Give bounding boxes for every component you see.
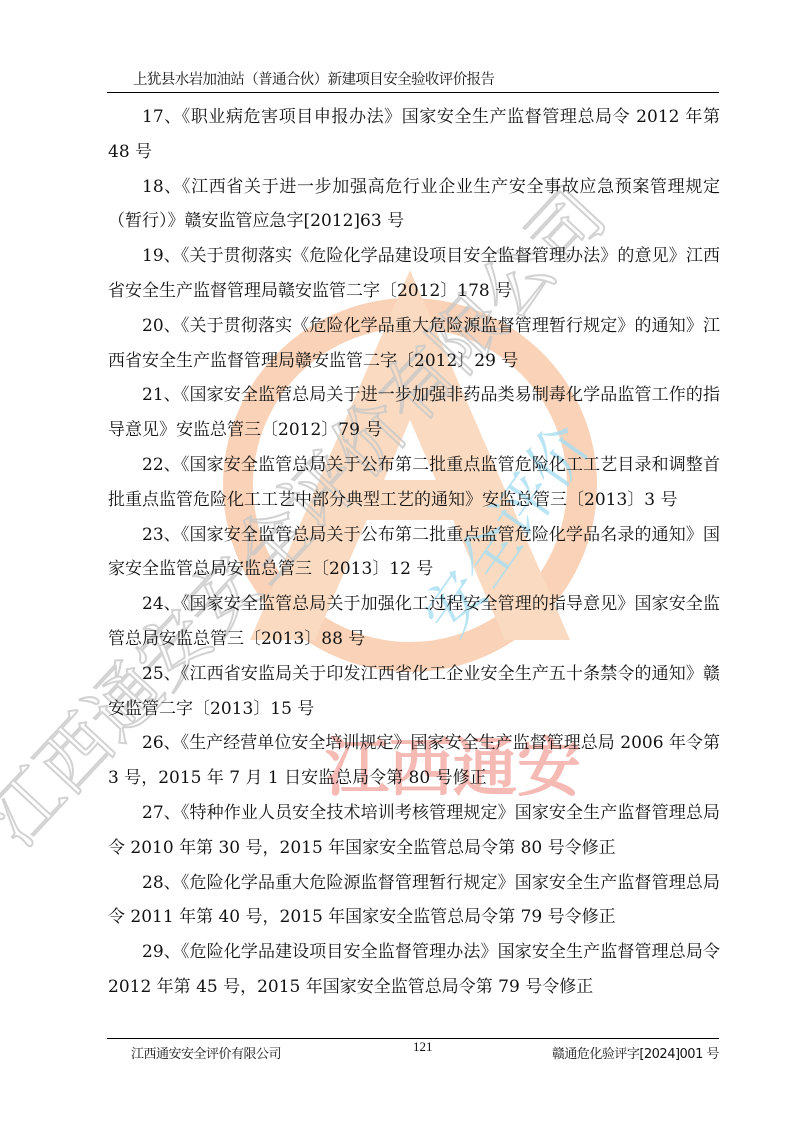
report-title: 上犹县水岩加油站（普通合伙）新建项目安全验收评价报告 [133, 68, 494, 89]
list-item: 24、《国家安全监管总局关于加强化工过程安全管理的指导意见》国家安全监管总局安监… [108, 587, 720, 657]
list-item: 19、《关于贯彻落实《危险化学品建设项目安全监督管理办法》的意见》江西省安全生产… [108, 239, 720, 309]
list-item: 22、《国家安全监管总局关于公布第二批重点监管危险化工工艺目录和调整首批重点监管… [108, 448, 720, 518]
list-item: 23、《国家安全监管总局关于公布第二批重点监管危险化学品名录的通知》国家安全监管… [108, 518, 720, 588]
footer-company: 江西通安安全评价有限公司 [131, 1043, 281, 1062]
list-item: 21、《国家安全监管总局关于进一步加强非药品类易制毒化学品监管工作的指导意见》安… [108, 378, 720, 448]
page-header: 上犹县水岩加油站（普通合伙）新建项目安全验收评价报告 [107, 62, 719, 93]
page-footer: 江西通安安全评价有限公司 121 赣通危化验评字[2024]001 号 [107, 1038, 719, 1065]
list-item: 27、《特种作业人员安全技术培训考核管理规定》国家安全生产监督管理总局令 201… [108, 796, 720, 866]
regulation-list: 17、《职业病危害项目申报办法》国家安全生产监督管理总局令 2012 年第 48… [108, 100, 720, 1005]
list-item: 17、《职业病危害项目申报办法》国家安全生产监督管理总局令 2012 年第 48… [108, 100, 720, 170]
document-number: 赣通危化验评字[2024]001 号 [552, 1043, 719, 1062]
list-item: 18、《江西省关于进一步加强高危行业企业生产安全事故应急预案管理规定（暂行）》赣… [108, 170, 720, 240]
list-item: 20、《关于贯彻落实《危险化学品重大危险源监督管理暂行规定》的通知》江西省安全生… [108, 309, 720, 379]
page-number: 121 [413, 1039, 433, 1055]
list-item: 26、《生产经营单位安全培训规定》国家安全生产监督管理总局 2006 年令第 3… [108, 726, 720, 796]
list-item: 25、《江西省安监局关于印发江西省化工企业安全生产五十条禁令的通知》赣安监管二字… [108, 657, 720, 727]
list-item: 29、《危险化学品建设项目安全监督管理办法》国家安全生产监督管理总局令 2012… [108, 935, 720, 1005]
list-item: 28、《危险化学品重大危险源监督管理暂行规定》国家安全生产监督管理总局令 201… [108, 866, 720, 936]
